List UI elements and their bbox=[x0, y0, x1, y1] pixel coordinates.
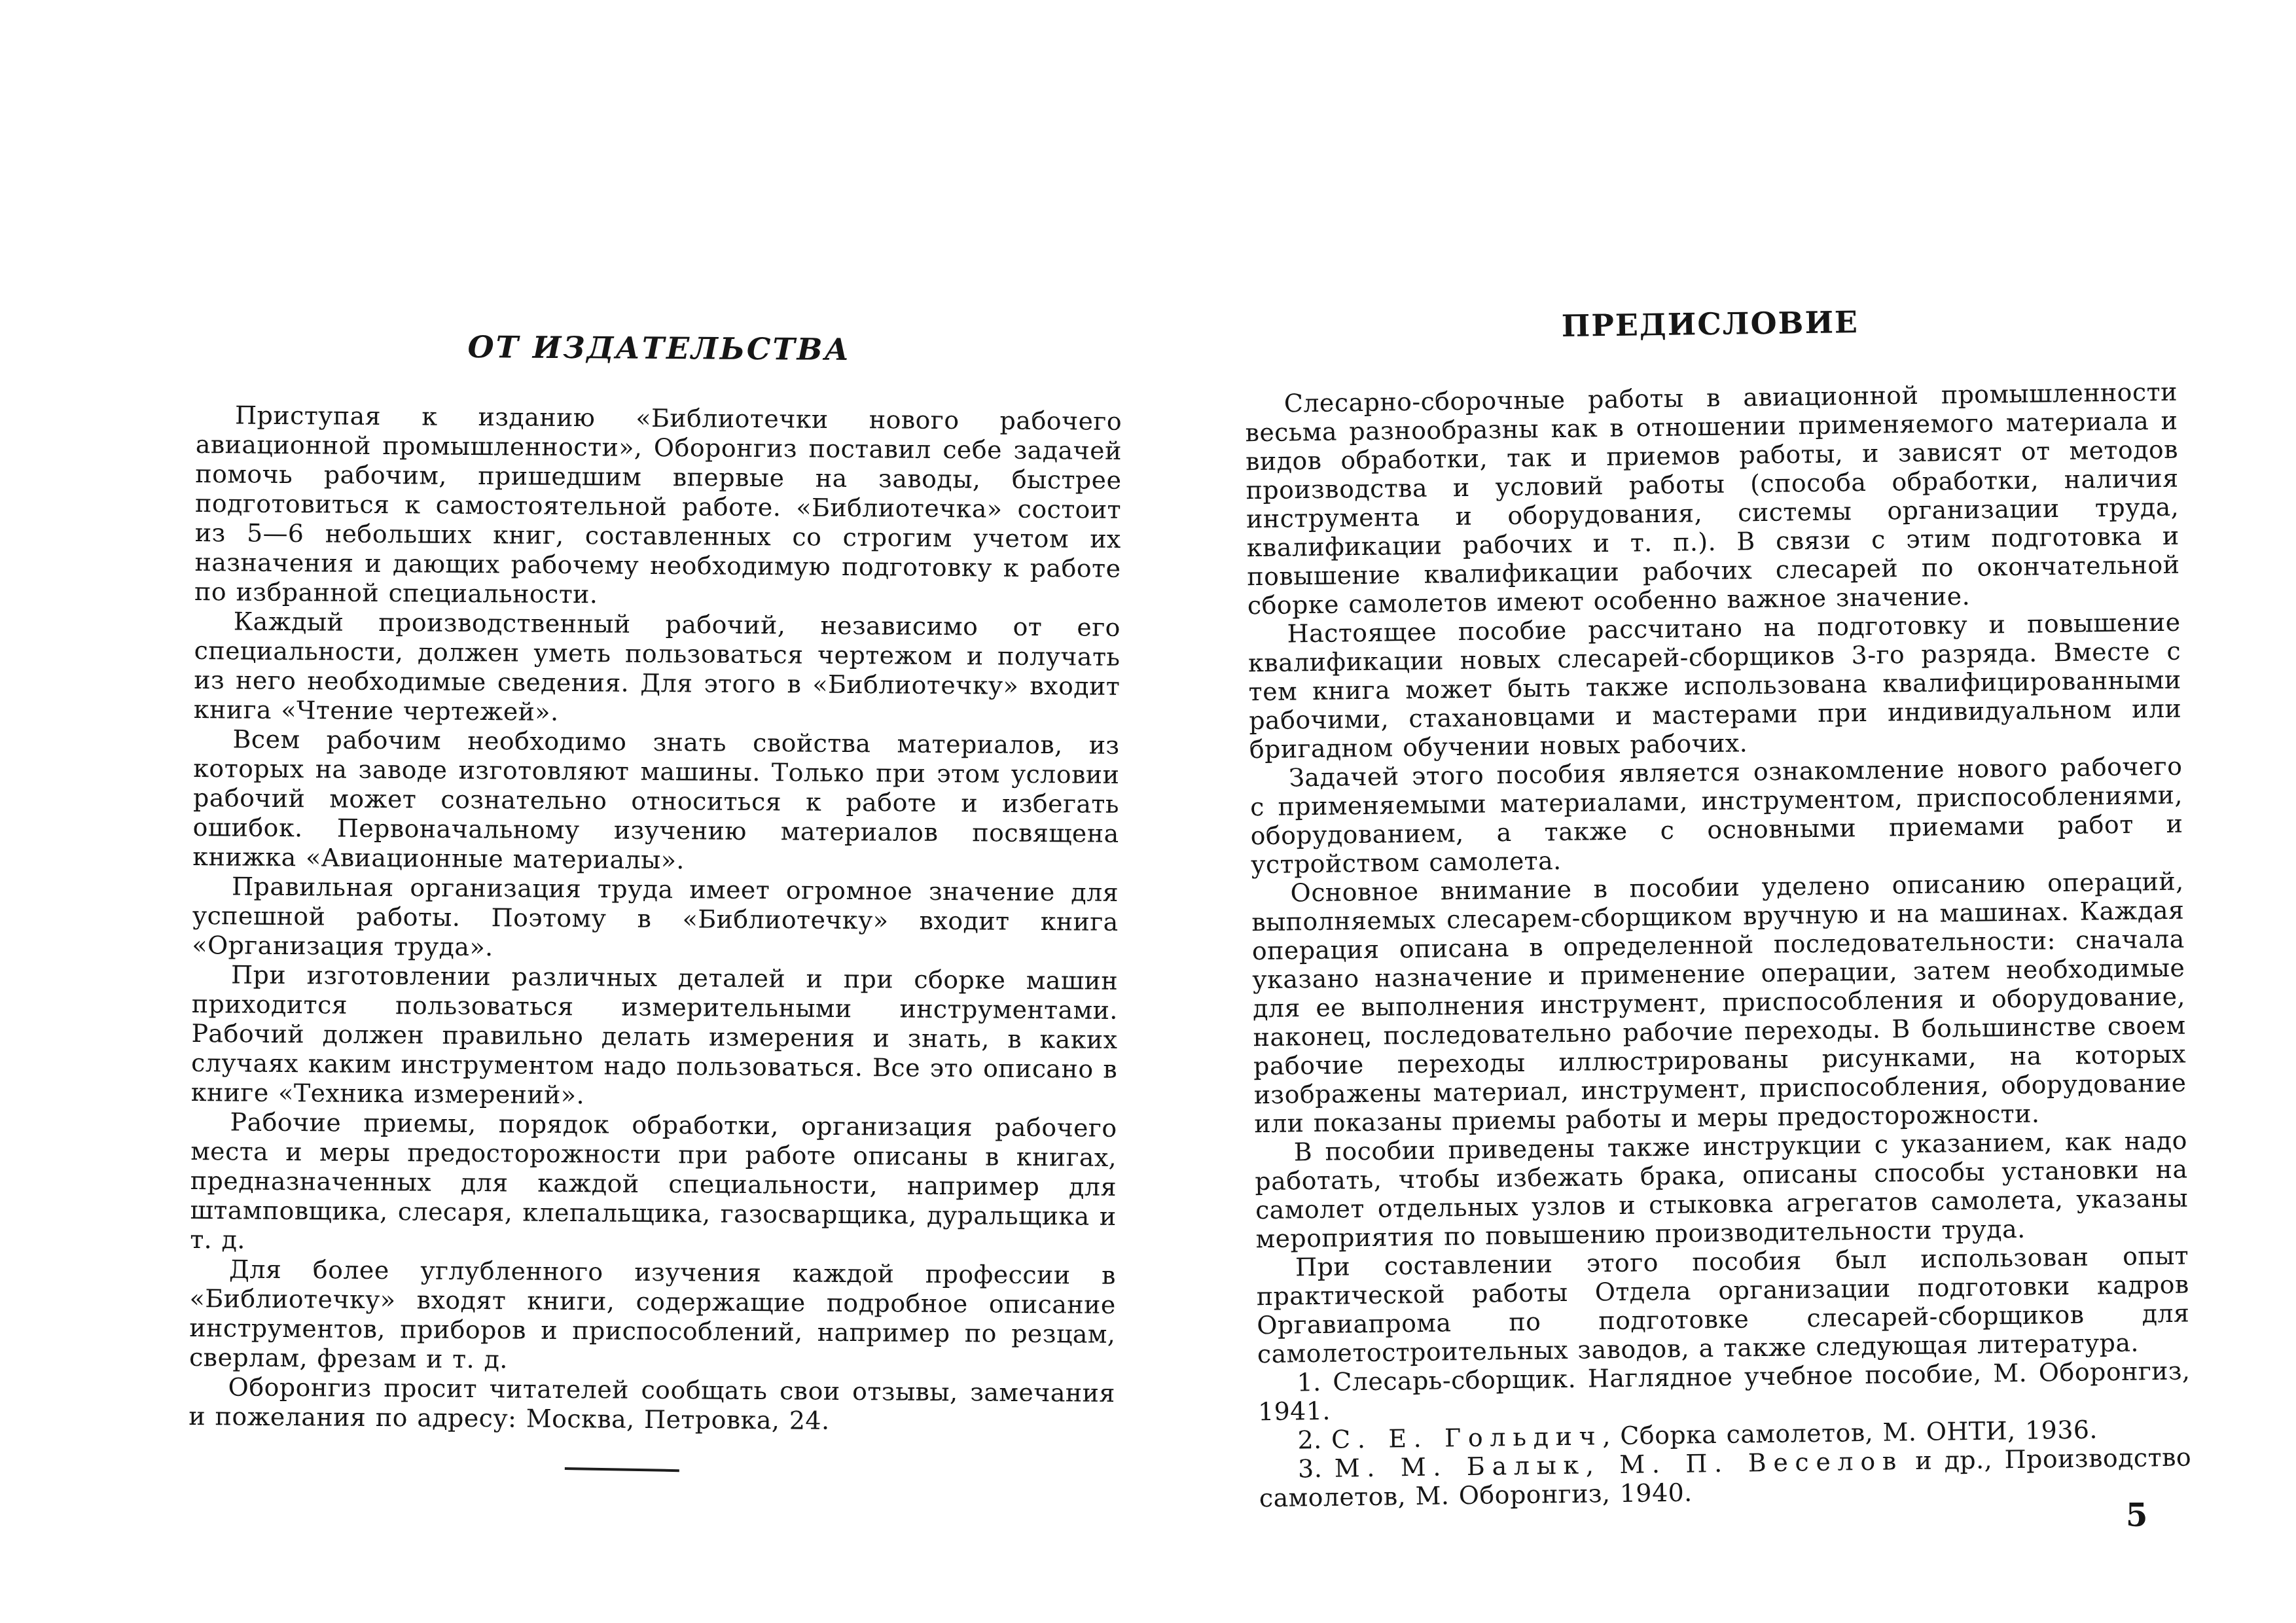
left-page-text: Приступая к изданию «Библиотечки нового … bbox=[188, 401, 1122, 1438]
paragraph: Приступая к изданию «Библиотечки нового … bbox=[194, 401, 1122, 613]
reference-author: С. Е. Гольдич bbox=[1331, 1421, 1603, 1454]
reference-item: 3. М. М. Балык, М. П. Веселов и др., Про… bbox=[1259, 1443, 2192, 1513]
left-page-title: ОТ ИЗДАТЕЛЬСТВА bbox=[196, 327, 1122, 369]
section-divider-rule bbox=[565, 1467, 679, 1472]
paragraph: Рабочие приемы, порядок обработки, орган… bbox=[190, 1107, 1117, 1261]
right-page-text: Слесарно-сборочные работы в авиационной … bbox=[1245, 378, 2192, 1513]
book-spread: ОТ ИЗДАТЕЛЬСТВА Приступая к изданию «Биб… bbox=[0, 0, 2296, 1623]
paragraph: При составлении этого пособия был исполь… bbox=[1256, 1241, 2190, 1369]
paragraph: Задачей этого пособия является ознакомле… bbox=[1249, 752, 2183, 880]
reference-number: 3. bbox=[1298, 1454, 1335, 1484]
paragraph: Всем рабочим необходимо знать свойства м… bbox=[192, 724, 1120, 878]
right-page: ПРЕДИСЛОВИЕ Слесарно-сборочные работы в … bbox=[1244, 300, 2192, 1512]
paragraph: В пособии приведены также инструкции с у… bbox=[1255, 1126, 2189, 1254]
reference-number: 2. bbox=[1297, 1425, 1331, 1455]
reference-number: 1. bbox=[1297, 1368, 1333, 1397]
paragraph: Каждый производственный рабочий, независ… bbox=[194, 607, 1121, 731]
paragraph: Правильная организация труда имеет огром… bbox=[192, 872, 1119, 967]
paragraph: При изготовлении различных деталей и при… bbox=[191, 960, 1119, 1114]
page-number: 5 bbox=[2126, 1500, 2147, 1531]
paragraph: Настоящее пособие рассчитано на подготов… bbox=[1247, 608, 2182, 764]
paragraph: Для более углубленного изучения каждой п… bbox=[189, 1255, 1116, 1379]
paragraph: Оборонгиз просит читателей сообщать свои… bbox=[188, 1372, 1115, 1438]
paragraph: Основное внимание в пособии уделено опис… bbox=[1251, 867, 2187, 1139]
right-page-title: ПРЕДИСЛОВИЕ bbox=[1244, 300, 2177, 348]
paragraph: Слесарно-сборочные работы в авиационной … bbox=[1245, 378, 2180, 620]
left-page: ОТ ИЗДАТЕЛЬСТВА Приступая к изданию «Биб… bbox=[188, 327, 1122, 1474]
